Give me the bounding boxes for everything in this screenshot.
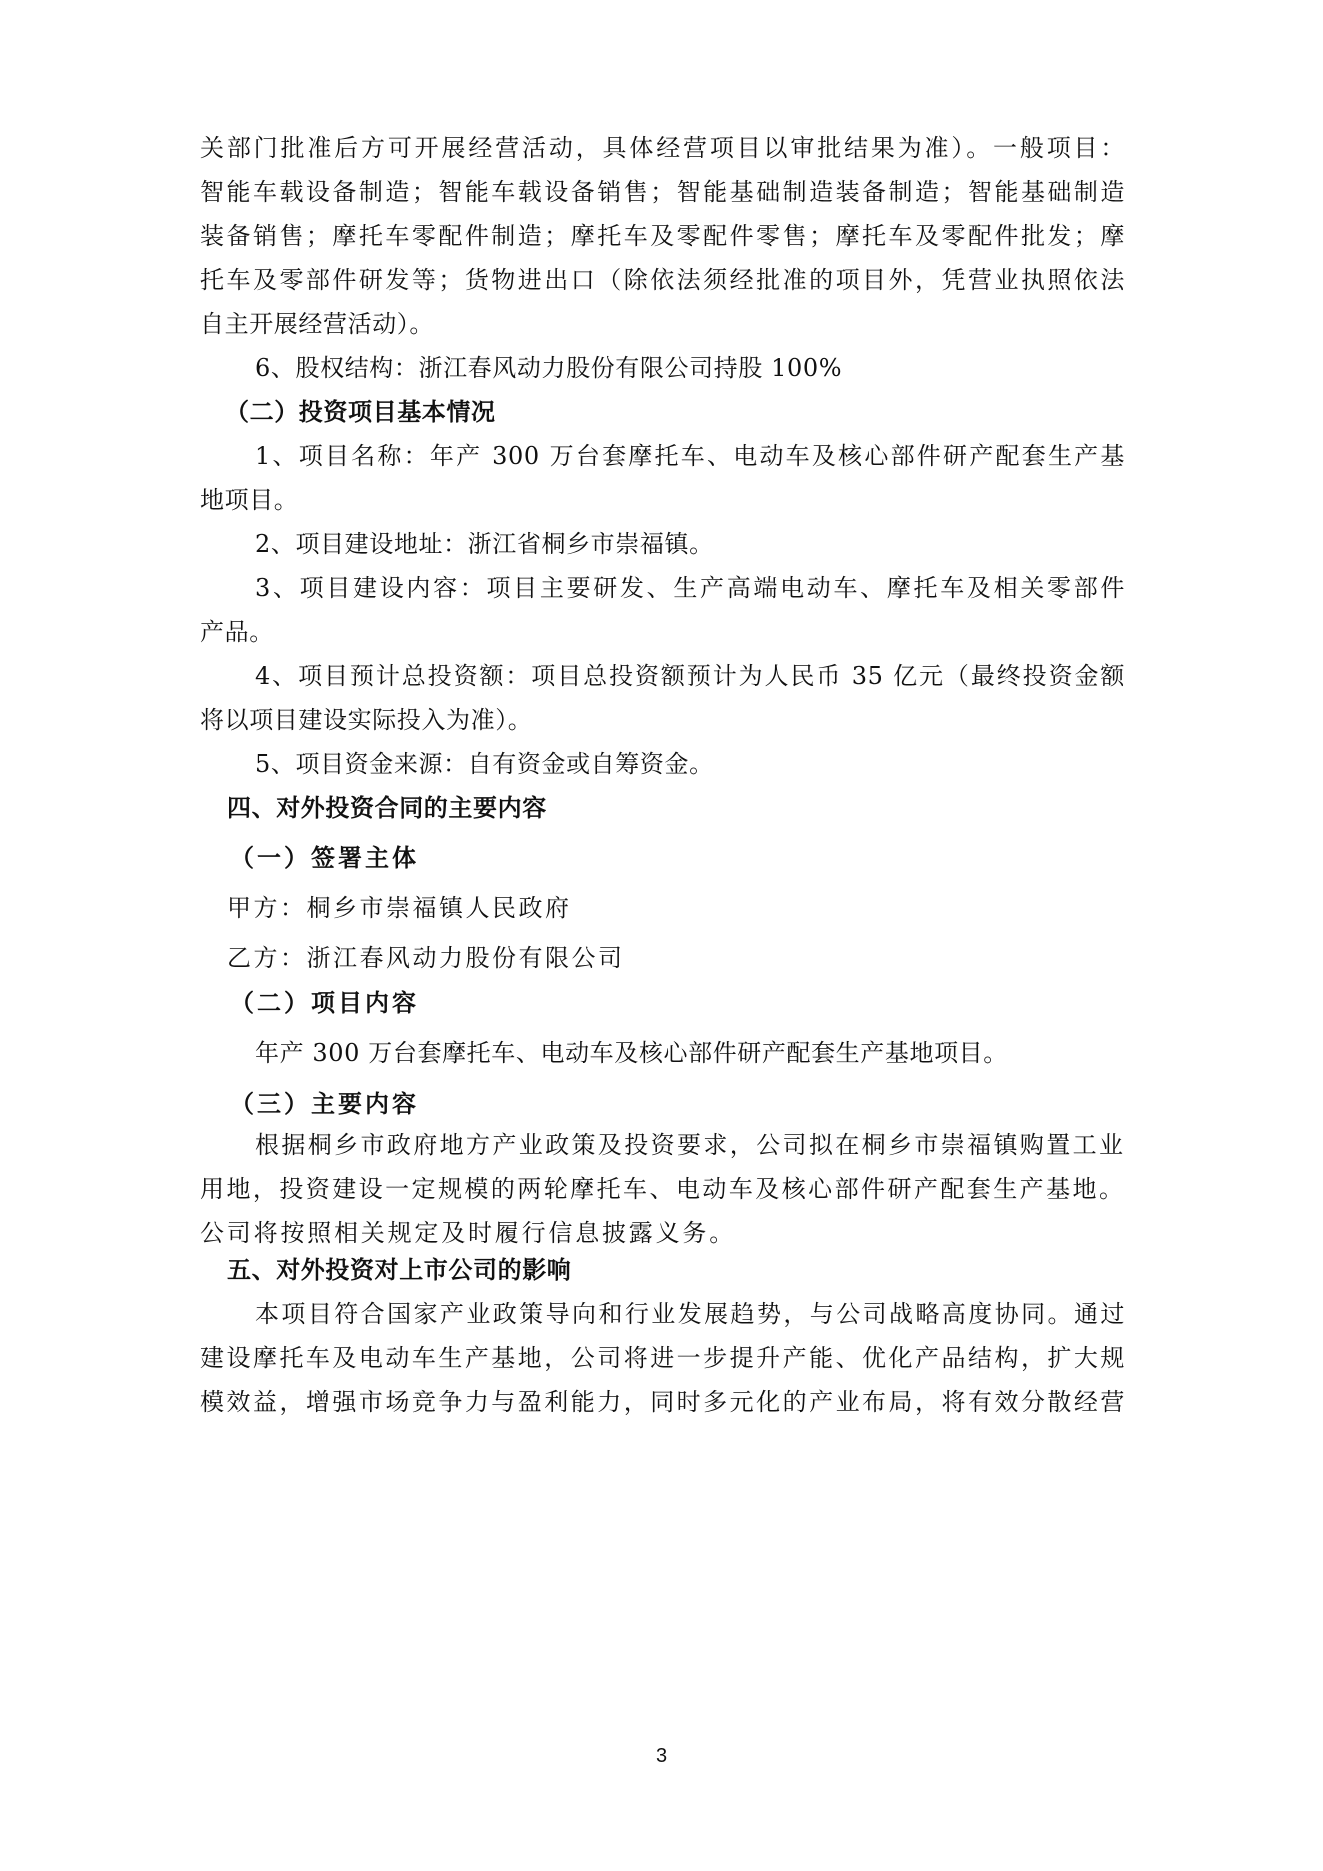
- heading-impact: 五、对外投资对上市公司的影响: [227, 1255, 1152, 1285]
- subheading-signing-parties: （一）签署主体: [230, 843, 1155, 873]
- party-b: 乙方：浙江春风动力股份有限公司: [227, 943, 1152, 973]
- paragraph-line: 关部门批准后方可开展经营活动，具体经营项目以审批结果为准）。一般项目：: [200, 133, 1125, 163]
- main-content-line: 公司将按照相关规定及时履行信息披露义务。: [200, 1218, 1125, 1248]
- project-name-item-cont: 地项目。: [200, 485, 1125, 515]
- main-content-line: 根据桐乡市政府地方产业政策及投资要求，公司拟在桐乡市崇福镇购置工业: [255, 1130, 1125, 1160]
- project-content-text: 年产 300 万台套摩托车、电动车及核心部件研产配套生产基地项目。: [255, 1038, 1125, 1068]
- project-content-item: 3、项目建设内容：项目主要研发、生产高端电动车、摩托车及相关零部件: [255, 573, 1125, 603]
- impact-line: 建设摩托车及电动车生产基地，公司将进一步提升产能、优化产品结构，扩大规: [200, 1343, 1125, 1373]
- project-address-item: 2、项目建设地址：浙江省桐乡市崇福镇。: [255, 529, 1125, 559]
- project-investment-item-cont: 将以项目建设实际投入为准）。: [200, 705, 1125, 735]
- impact-line: 模效益，增强市场竞争力与盈利能力，同时多元化的产业布局，将有效分散经营: [200, 1387, 1125, 1417]
- page-number: 3: [0, 1745, 1323, 1768]
- subheading-main-content: （三）主要内容: [230, 1089, 1155, 1119]
- heading-contract-content: 四、对外投资合同的主要内容: [227, 793, 1152, 823]
- project-funding-item: 5、项目资金来源：自有资金或自筹资金。: [255, 749, 1125, 779]
- project-investment-item: 4、项目预计总投资额：项目总投资额预计为人民币 35 亿元（最终投资金额: [255, 661, 1125, 691]
- party-a: 甲方：桐乡市崇福镇人民政府: [227, 893, 1152, 923]
- impact-line: 本项目符合国家产业政策导向和行业发展趋势，与公司战略高度协同。通过: [255, 1299, 1125, 1329]
- subheading-project-basics: （二）投资项目基本情况: [225, 397, 1150, 427]
- main-content-line: 用地，投资建设一定规模的两轮摩托车、电动车及核心部件研产配套生产基地。: [200, 1174, 1125, 1204]
- paragraph-line: 自主开展经营活动）。: [200, 309, 1125, 339]
- paragraph-line: 托车及零部件研发等；货物进出口（除依法须经批准的项目外，凭营业执照依法: [200, 265, 1125, 295]
- subheading-project-content: （二）项目内容: [230, 988, 1155, 1018]
- document-page: 关部门批准后方可开展经营活动，具体经营项目以审批结果为准）。一般项目： 智能车载…: [0, 0, 1323, 1871]
- project-content-item-cont: 产品。: [200, 617, 1125, 647]
- paragraph-line: 装备销售；摩托车零配件制造；摩托车及零配件零售；摩托车及零配件批发；摩: [200, 221, 1125, 251]
- equity-structure-item: 6、股权结构：浙江春风动力股份有限公司持股 100%: [255, 353, 1125, 383]
- paragraph-line: 智能车载设备制造；智能车载设备销售；智能基础制造装备制造；智能基础制造: [200, 177, 1125, 207]
- project-name-item: 1、项目名称：年产 300 万台套摩托车、电动车及核心部件研产配套生产基: [255, 441, 1125, 471]
